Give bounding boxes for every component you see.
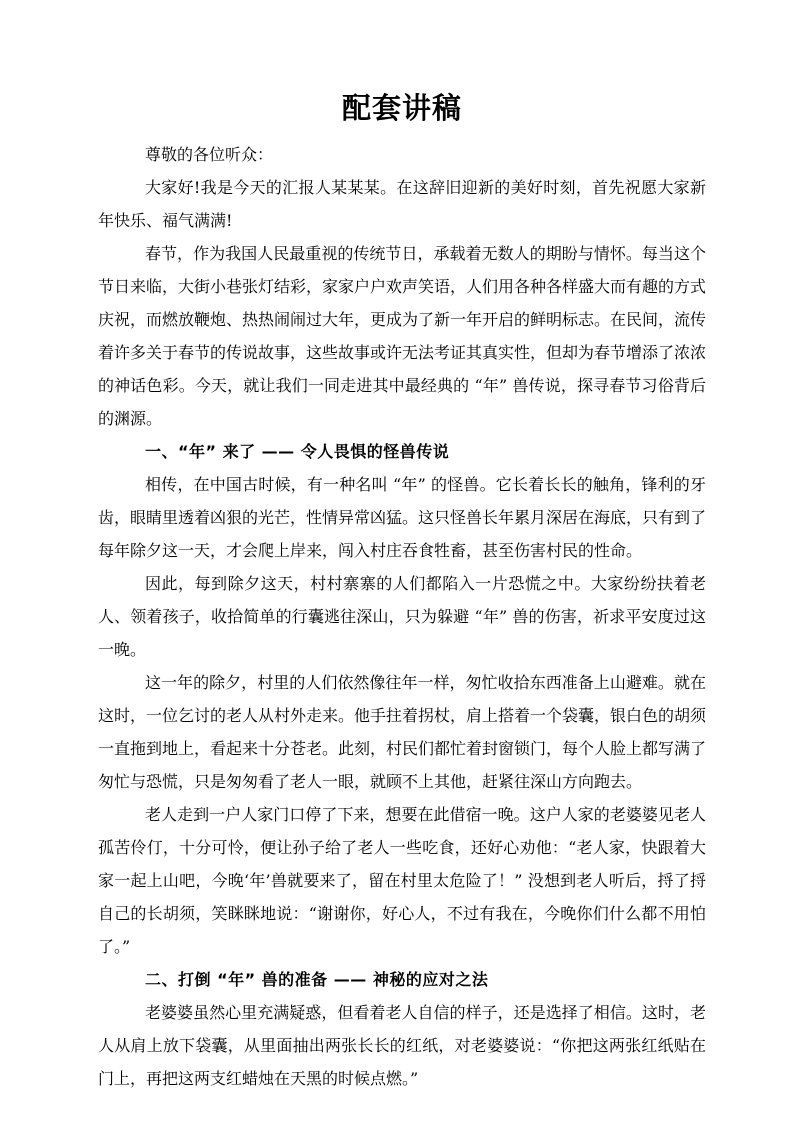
paragraph: 大家好!我是今天的汇报人某某某。在这辞旧迎新的美好时刻，首先祝愿大家新年快乐、福… (98, 171, 706, 237)
paragraph: 春节，作为我国人民最重视的传统节日，承载着无数人的期盼与情怀。每当这个节日来临，… (98, 237, 706, 435)
document-page: 配套讲稿 尊敬的各位听众：大家好!我是今天的汇报人某某某。在这辞旧迎新的美好时刻… (0, 0, 794, 1123)
paragraph: 尊敬的各位听众： (98, 138, 706, 171)
paragraph: 因此，每到除夕这天，村村寨寨的人们都陷入一片恐慌之中。大家纷纷扶着老人、领着孩子… (98, 567, 706, 666)
paragraph: 老婆婆虽然心里充满疑惑，但看着老人自信的样子，还是选择了相信。这时，老人从肩上放… (98, 996, 706, 1095)
section-heading: 二、打倒 “年” 兽的准备 —— 神秘的应对之法 (98, 963, 706, 996)
document-body: 尊敬的各位听众：大家好!我是今天的汇报人某某某。在这辞旧迎新的美好时刻，首先祝愿… (98, 138, 706, 1095)
paragraph: 相传，在中国古时候，有一种名叫 “年” 的怪兽。它长着长长的触角，锋利的牙齿，眼… (98, 468, 706, 567)
section-heading: 一、“年” 来了 —— 令人畏惧的怪兽传说 (98, 435, 706, 468)
document-title: 配套讲稿 (98, 88, 706, 128)
paragraph: 这一年的除夕，村里的人们依然像往年一样，匆忙收拾东西准备上山避难。就在这时，一位… (98, 666, 706, 798)
paragraph: 老人走到一户人家门口停了下来，想要在此借宿一晚。这户人家的老婆婆见老人孤苦伶仃，… (98, 798, 706, 963)
